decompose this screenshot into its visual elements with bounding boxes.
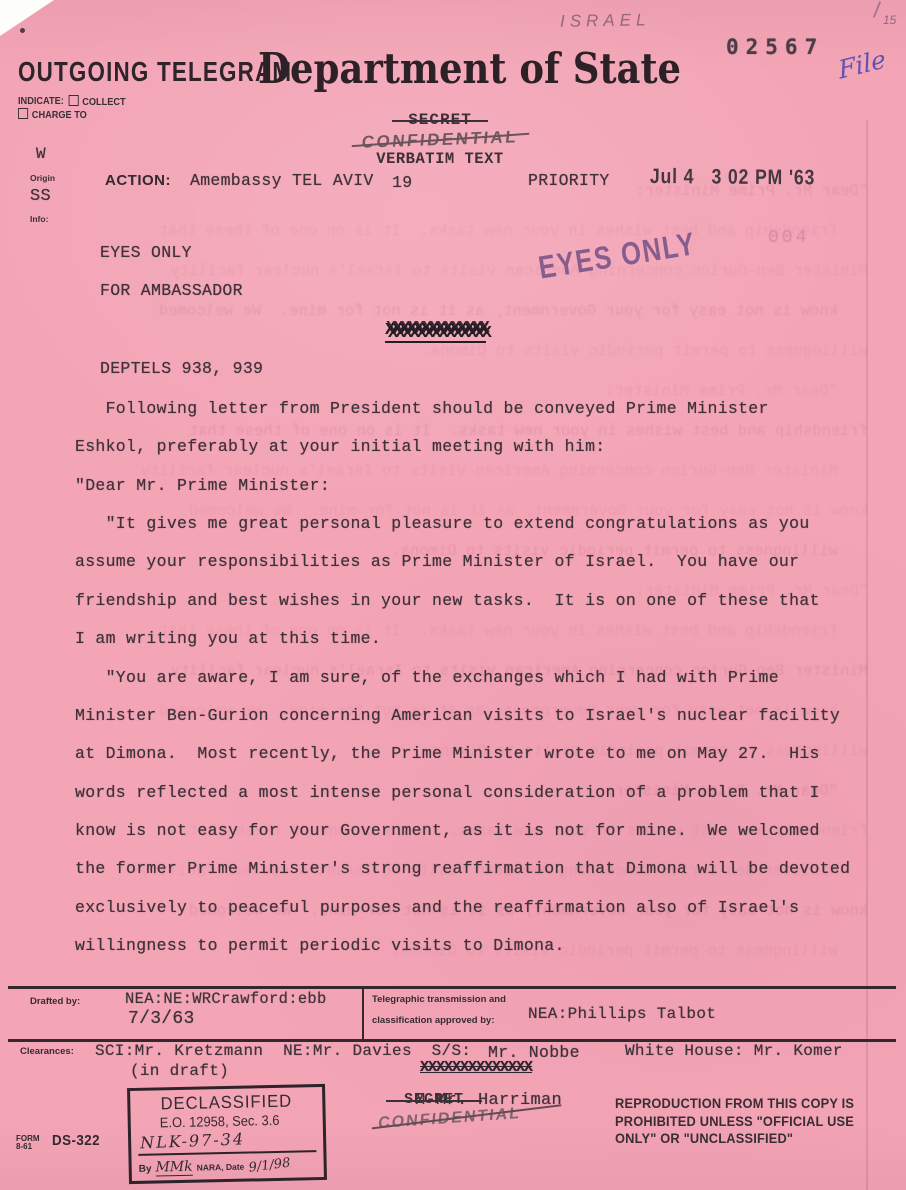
letter-line: "It gives me great personal pleasure to … [75,514,810,533]
handwritten-page-number: 15 [883,13,896,27]
form-number: DS-322 [52,1133,100,1149]
letter-body: Following letter from President should b… [75,0,885,980]
letter-line: I am writing you at this time. [75,629,381,648]
reproduction-line: ONLY" OR "UNCLASSIFIED" [615,1130,892,1148]
letter-line: Eshkol, preferably at your initial meeti… [75,437,605,456]
letter-line: the former Prime Minister's strong reaff… [75,859,850,878]
approval-label-line1: Telegraphic transmission and [372,994,506,1005]
approved-by-value: NEA:Phillips Talbot [528,1005,716,1023]
drafted-by-label: Drafted by: [30,996,80,1007]
drafted-by-value: NEA:NE:WRCrawford:ebb [125,990,327,1008]
letter-line: "Dear Mr. Prime Minister: [75,476,330,495]
letter-line: "You are aware, I am sure, of the exchan… [75,668,779,687]
declassified-stamp: DECLASSIFIED E.O. 12958, Sec. 3.6 NLK-97… [127,1084,327,1184]
by-label: By [139,1164,152,1175]
indicate-label: INDICATE: [18,96,64,107]
origin-label: Origin [30,173,55,183]
strike-line [386,1100,482,1102]
approval-label-line2: classification approved by: [372,1015,494,1026]
nara-date-label: NARA, Date [197,1162,245,1173]
info-label: Info: [30,214,48,224]
drafted-date: 7/3/63 [128,1009,195,1029]
nara-date-handwritten: 9/1/98 [248,1156,291,1176]
letter-line: Minister Ben-Gurion concerning American … [75,706,840,725]
letter-line: assume your responsibilities as Prime Mi… [75,552,799,571]
reproduction-notice: REPRODUCTION FROM THIS COPY IS PROHIBITE… [615,1095,892,1148]
reproduction-line: REPRODUCTION FROM THIS COPY IS [615,1095,892,1113]
letter-line: at Dimona. Most recently, the Prime Mini… [75,744,820,763]
bottom-confidential-struck: CONFIDENTIAL [377,1105,522,1133]
clearance-white-house: White House: Mr. Komer [625,1042,843,1060]
form-revision: 8-61 [16,1143,40,1151]
bottom-secret-struck: SECRET [404,1091,464,1108]
routing-w: W [36,145,46,163]
footer-rule-top [8,986,896,989]
telegram-document-scan: "Dear Mr. Prime Minister:friendship and … [0,0,906,1190]
scan-torn-corner [0,0,54,36]
reproduction-line: PROHIBITED UNLESS "OFFICIAL USE [615,1113,892,1131]
clearances-label: Clearances: [20,1046,74,1057]
routing-ss: SS [30,187,51,206]
letter-line: know is not easy for your Government, as… [75,821,820,840]
letter-line: willingness to permit periodic visits to… [75,936,565,955]
letter-line: Following letter from President should b… [75,399,769,418]
ink-speck [20,28,25,33]
clearance-in-draft: (in draft) [130,1062,229,1080]
letter-line: words reflected a most intense personal … [75,783,820,802]
letter-line: exclusively to peaceful purposes and the… [75,898,799,917]
footer-column-divider [362,986,364,1041]
by-initials-handwritten: MMk [155,1159,193,1177]
form-label: FORM 8-61 [16,1135,40,1151]
letter-line: friendship and best wishes in your new t… [75,591,820,610]
struck-out-name: XXXXXXXXXXXXXX [420,1059,532,1076]
clearance-left-values: SCI:Mr. Kretzmann NE:Mr. Davies S/S: [95,1042,471,1060]
